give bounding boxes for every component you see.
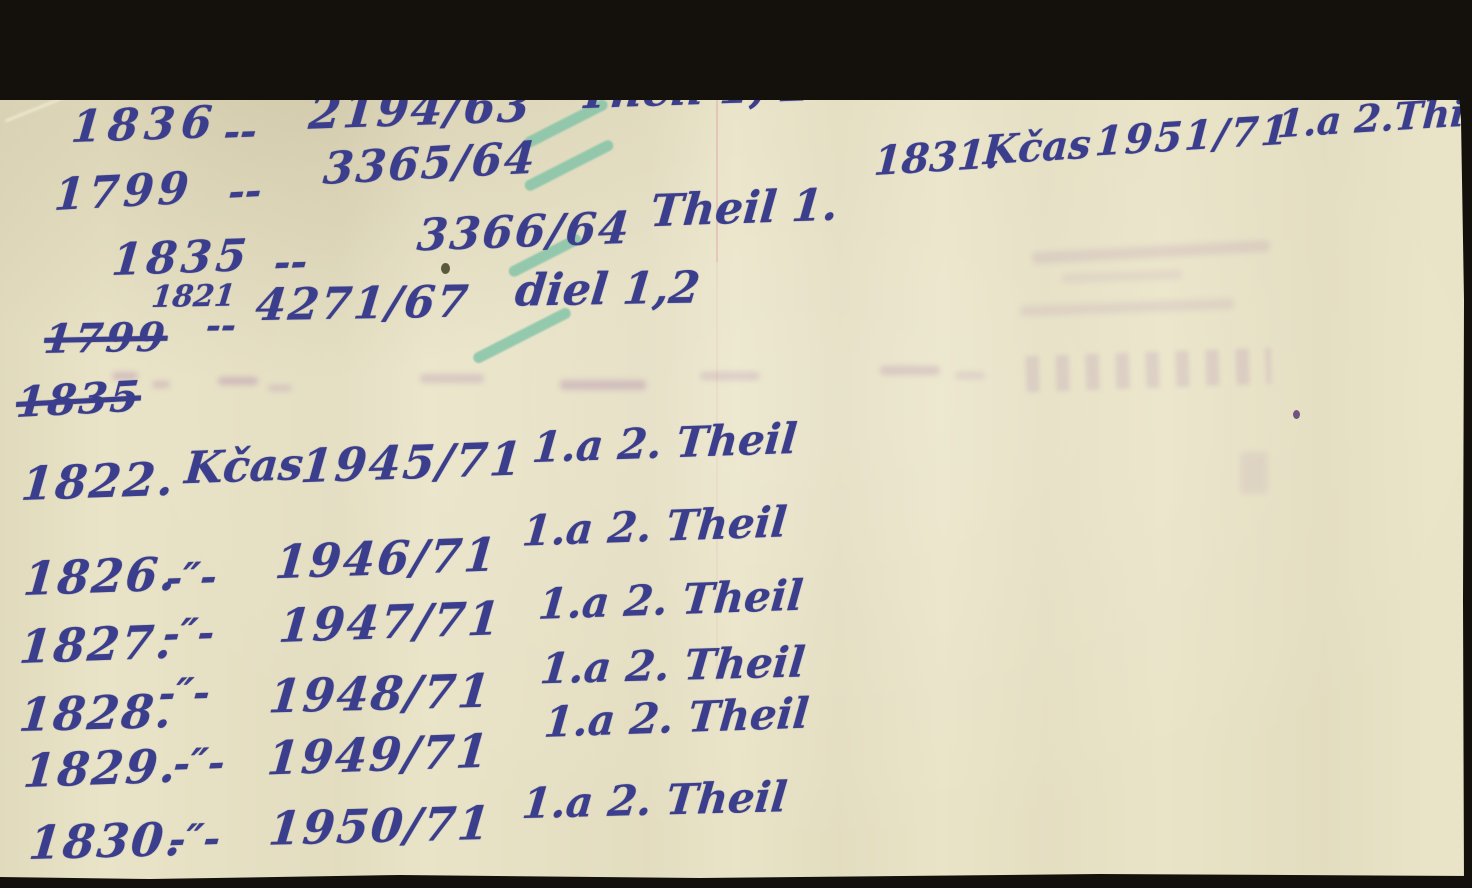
side-note-year: 1831. — [872, 130, 1000, 185]
faded-stamp-smudge — [700, 372, 760, 380]
faded-stamp-smudge — [268, 385, 292, 391]
ink-speck — [441, 263, 450, 274]
entry-ref: 1950/71 — [266, 796, 494, 856]
faded-stamp-smudge — [880, 366, 940, 375]
ghost-print-mark — [1240, 452, 1268, 494]
side-note-label: Kčas — [982, 121, 1092, 175]
crossed-year: 1835 — [15, 371, 143, 427]
entry-part: Theil 1. — [648, 180, 840, 238]
crossed-year: 1799 — [42, 314, 170, 363]
entry-year: 1830. — [27, 812, 186, 870]
entry-part: 1.a 2. Theil — [542, 688, 811, 746]
entry-part: 1.a 2. Theil — [530, 414, 799, 472]
entry-year: 1829. — [21, 738, 180, 798]
index-card: 1837 Rfv. 2785-2786/62 Theil 1.2 1836 --… — [0, 0, 1472, 888]
entry-ref: 1945/71 — [299, 431, 526, 493]
entry-ref: 1947/71 — [277, 591, 504, 653]
entry-year: 1828. — [17, 684, 176, 742]
entry-ref: 1946/71 — [273, 527, 500, 589]
entry-year: 1826. — [21, 546, 180, 606]
entry-label: Kčas — [183, 439, 306, 494]
entry-part: 1.a 2. Theil — [536, 571, 805, 629]
ditto-mark: -- — [227, 167, 263, 216]
ditto-mark: -″- — [157, 669, 213, 717]
ghost-print-line — [1020, 298, 1234, 316]
entry-ref: 3366/64 — [415, 203, 633, 262]
ink-speck — [1293, 410, 1300, 419]
scan-edge-top — [0, 0, 1472, 100]
faded-stamp-smudge — [420, 374, 484, 383]
entry-part: diel 1,2 — [513, 262, 702, 316]
entry-ref: 4271/67 — [253, 276, 472, 331]
ditto-mark: -″- — [172, 739, 227, 788]
entry-year: 1836 — [69, 97, 220, 153]
entry-ref: 1948/71 — [266, 664, 494, 724]
scan-edge-bottom — [0, 866, 1472, 888]
entry-year: 1799 — [52, 163, 194, 222]
ghost-print-line — [1062, 270, 1182, 283]
faded-stamp-smudge — [218, 377, 258, 385]
entry-part: 1.a 2. Theil — [520, 497, 789, 555]
faded-stamp-smudge — [152, 381, 170, 388]
ghost-print-line — [1032, 240, 1270, 264]
entry-year: 1827. — [17, 614, 176, 674]
side-note-ref: 1951/71 — [1094, 106, 1292, 165]
faded-stamp-smudge — [560, 380, 646, 390]
entry-ref: 1949/71 — [265, 724, 492, 786]
ditto-mark: -″- — [164, 553, 219, 602]
entry-part: 1.a 2. Theil — [538, 637, 807, 693]
ditto-mark: -- — [204, 304, 238, 347]
ditto-mark: -- — [222, 107, 259, 155]
entry-part: 1.a 2. Theil — [520, 772, 789, 828]
faded-stamp-smudge — [955, 372, 985, 379]
entry-ref: 3365/64 — [321, 133, 538, 195]
ghost-print-letters — [1025, 348, 1271, 393]
ditto-mark: -″- — [167, 815, 223, 863]
ditto-mark: -″- — [161, 609, 216, 658]
entry-year: 1822. — [19, 452, 178, 512]
